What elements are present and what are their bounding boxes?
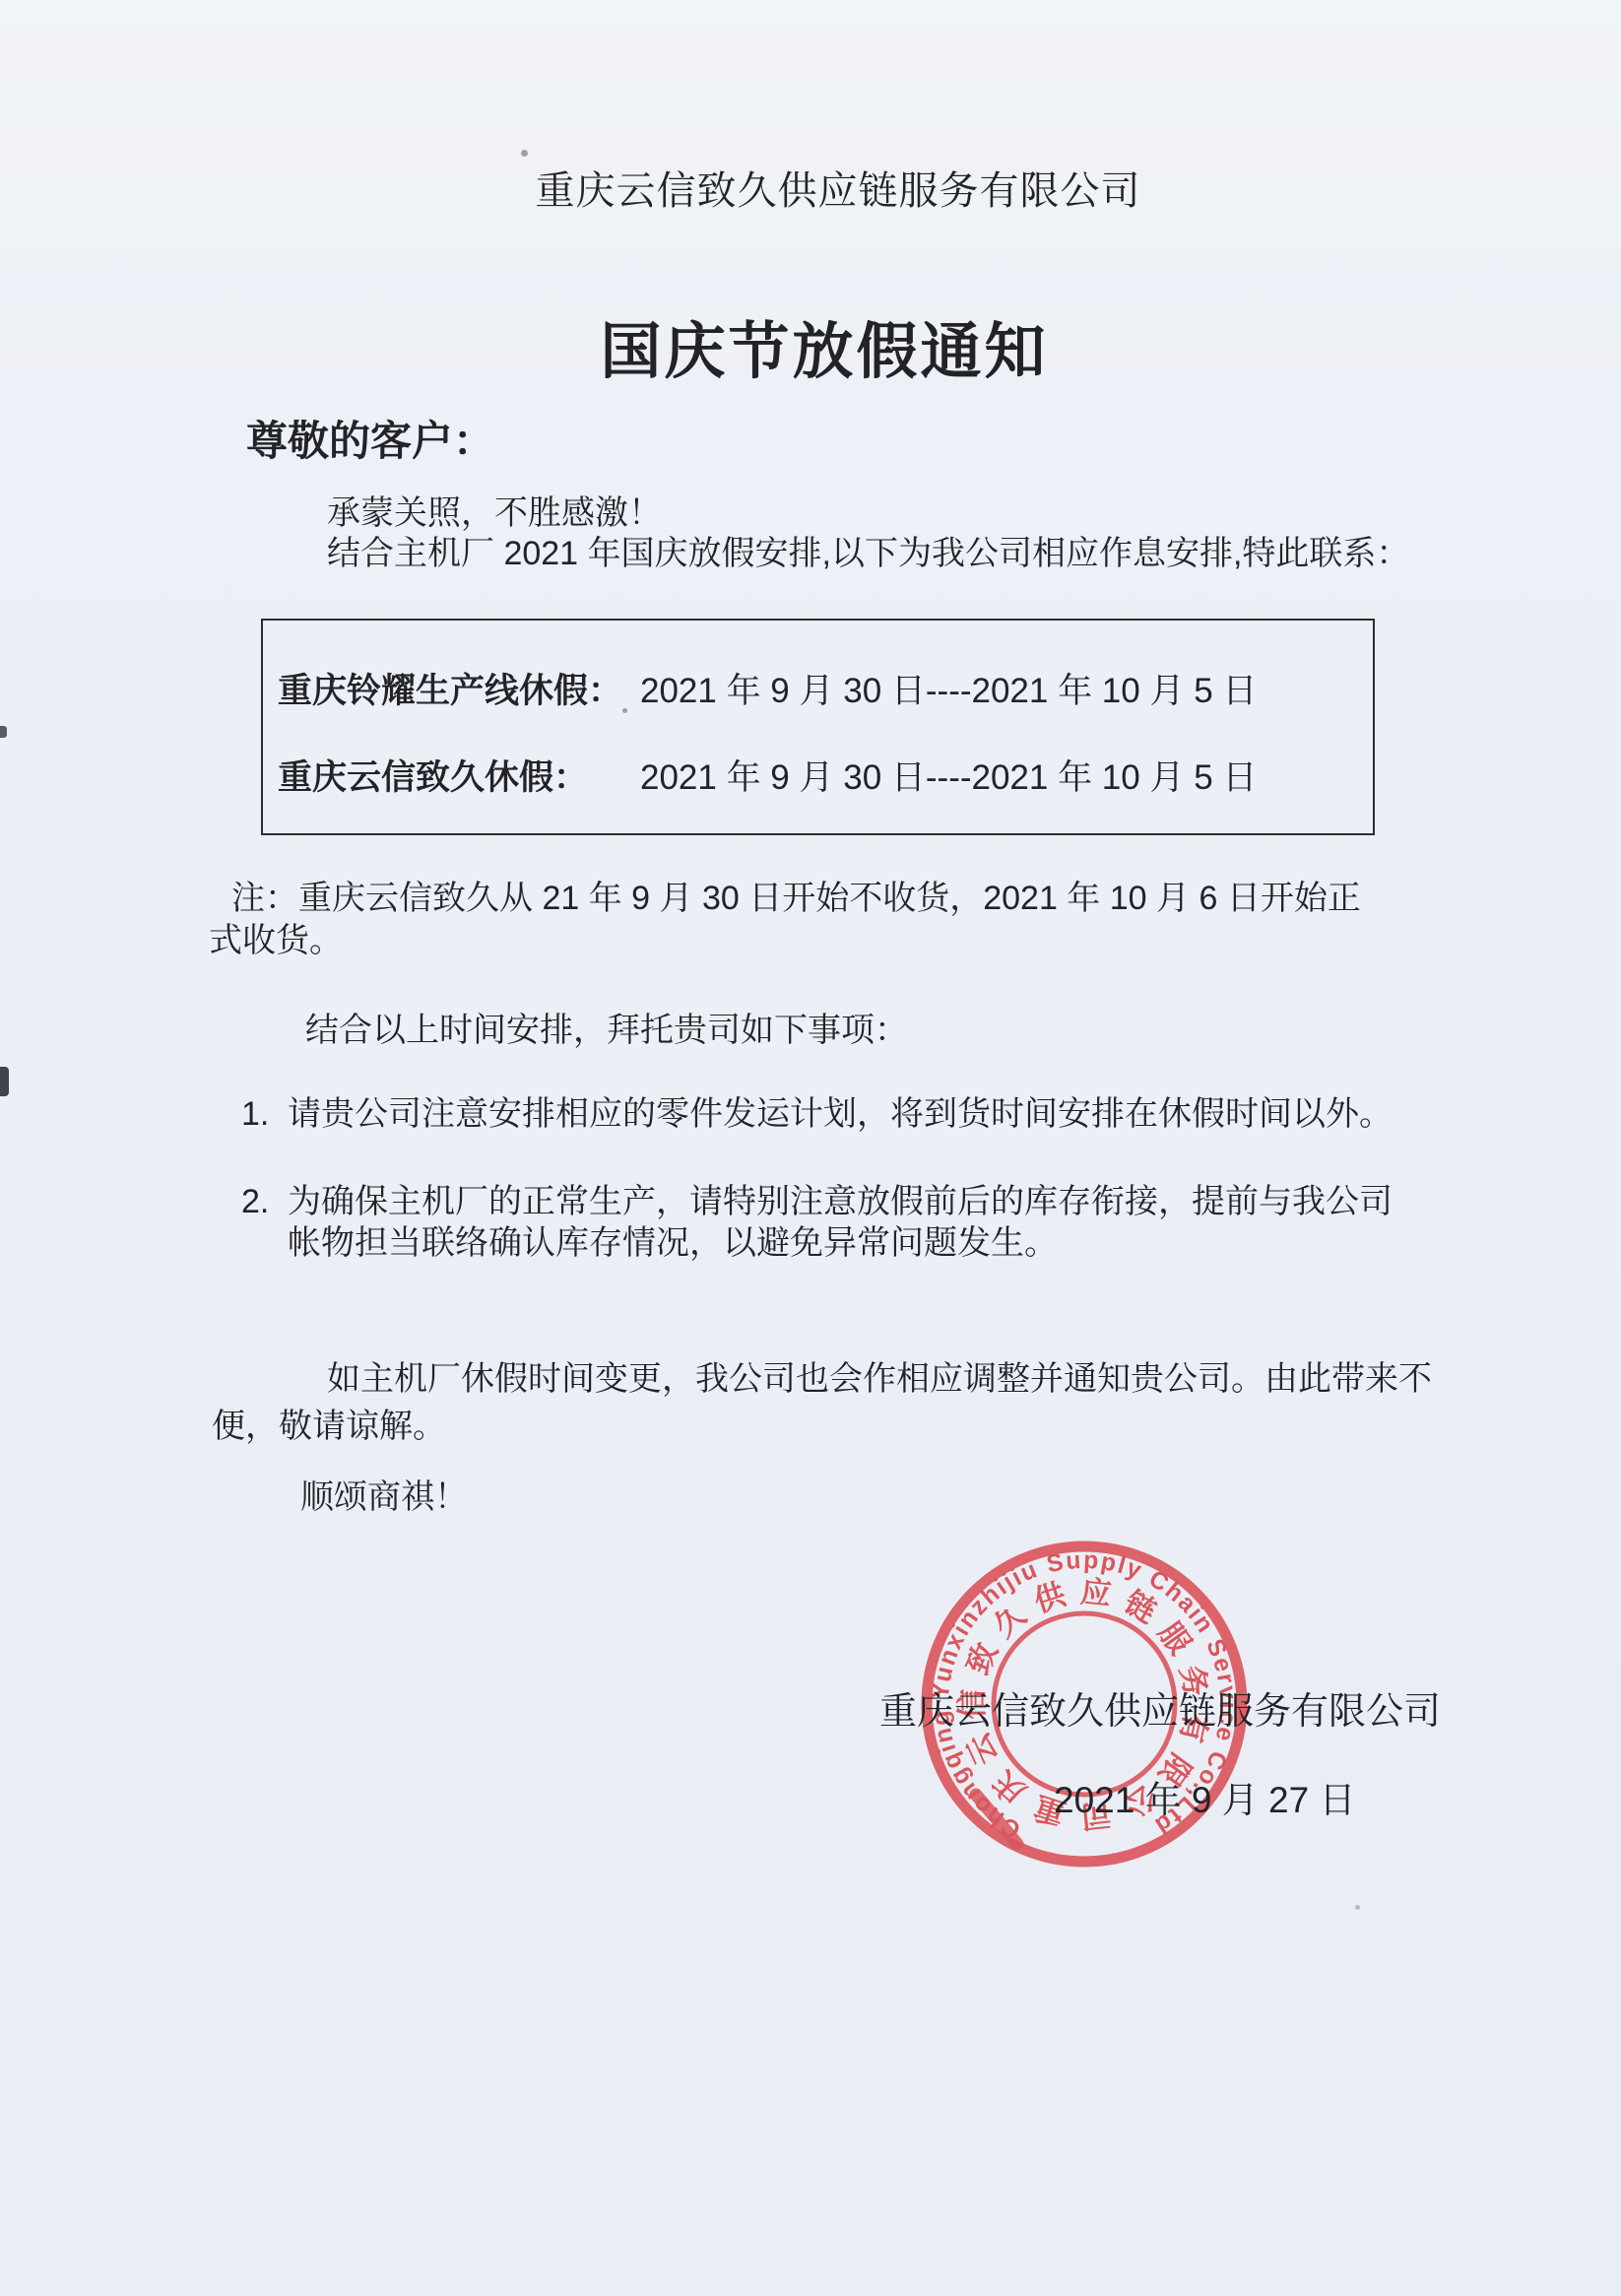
list-item-number: 1. xyxy=(241,1092,269,1136)
scanned-notice-page: 重庆云信致久供应链服务有限公司 国庆节放假通知 尊敬的客户： 承蒙关照，不胜感激… xyxy=(0,0,1621,2296)
list-item-number: 2. xyxy=(241,1180,269,1223)
closing-line-2: 便，敬请谅解。 xyxy=(212,1405,446,1448)
scan-edge-artifact xyxy=(0,726,7,738)
table-row: 重庆铃耀生产线休假：2021 年 9 月 30 日----2021 年 10 月… xyxy=(278,664,1257,713)
paragraph-context: 结合主机厂 2021 年国庆放假安排,以下为我公司相应作息安排,特此联系： xyxy=(327,532,1409,575)
table-row: 重庆云信致久休假：2021 年 9 月 30 日----2021 年 10 月 … xyxy=(278,751,1257,800)
list-item: 为确保主机厂的正常生产，请特别注意放假前后的库存衔接，提前与我公司 xyxy=(288,1180,1393,1223)
signature-company: 重庆云信致久供应链服务有限公司 xyxy=(879,1690,1441,1734)
regards-line: 顺颂商祺！ xyxy=(300,1476,468,1519)
scan-speck xyxy=(521,150,528,157)
scan-edge-artifact xyxy=(0,1067,9,1096)
closing-line-1: 如主机厂休假时间变更，我公司也会作相应调整并通知贵公司。由此带来不 xyxy=(327,1357,1432,1401)
holiday-row-label: 重庆云信致久休假： xyxy=(278,751,640,800)
page-title: 国庆节放假通知 xyxy=(14,331,1621,374)
signature-date: 2021 年 9 月 27 日 xyxy=(1054,1779,1355,1822)
holiday-row-dates: 2021 年 9 月 30 日----2021 年 10 月 5 日 xyxy=(640,758,1257,797)
list-item: 请贵公司注意安排相应的零件发运计划，将到货时间安排在休假时间以外。 xyxy=(288,1092,1393,1136)
paragraph-thanks: 承蒙关照，不胜感激！ xyxy=(327,492,662,535)
greeting-line: 尊敬的客户： xyxy=(246,420,494,463)
holiday-row-dates: 2021 年 9 月 30 日----2021 年 10 月 5 日 xyxy=(640,672,1257,710)
company-header: 重庆云信致久供应链服务有限公司 xyxy=(28,169,1621,213)
paragraph-request-intro: 结合以上时间安排，拜托贵司如下事项： xyxy=(305,1009,908,1052)
seal-cjk-char: 应 xyxy=(1079,1574,1113,1611)
list-item-continuation: 帐物担当联络确认库存情况，以避免异常问题发生。 xyxy=(288,1221,1058,1265)
scan-speck xyxy=(1355,1905,1360,1910)
holiday-row-label: 重庆铃耀生产线休假： xyxy=(278,664,640,713)
note-line-2: 式收货。 xyxy=(209,919,343,962)
scan-speck xyxy=(622,708,627,713)
note-line-1: 注：重庆云信致久从 21 年 9 月 30 日开始不收货，2021 年 10 月… xyxy=(231,877,1361,920)
holiday-schedule-box: 重庆铃耀生产线休假：2021 年 9 月 30 日----2021 年 10 月… xyxy=(261,619,1375,835)
